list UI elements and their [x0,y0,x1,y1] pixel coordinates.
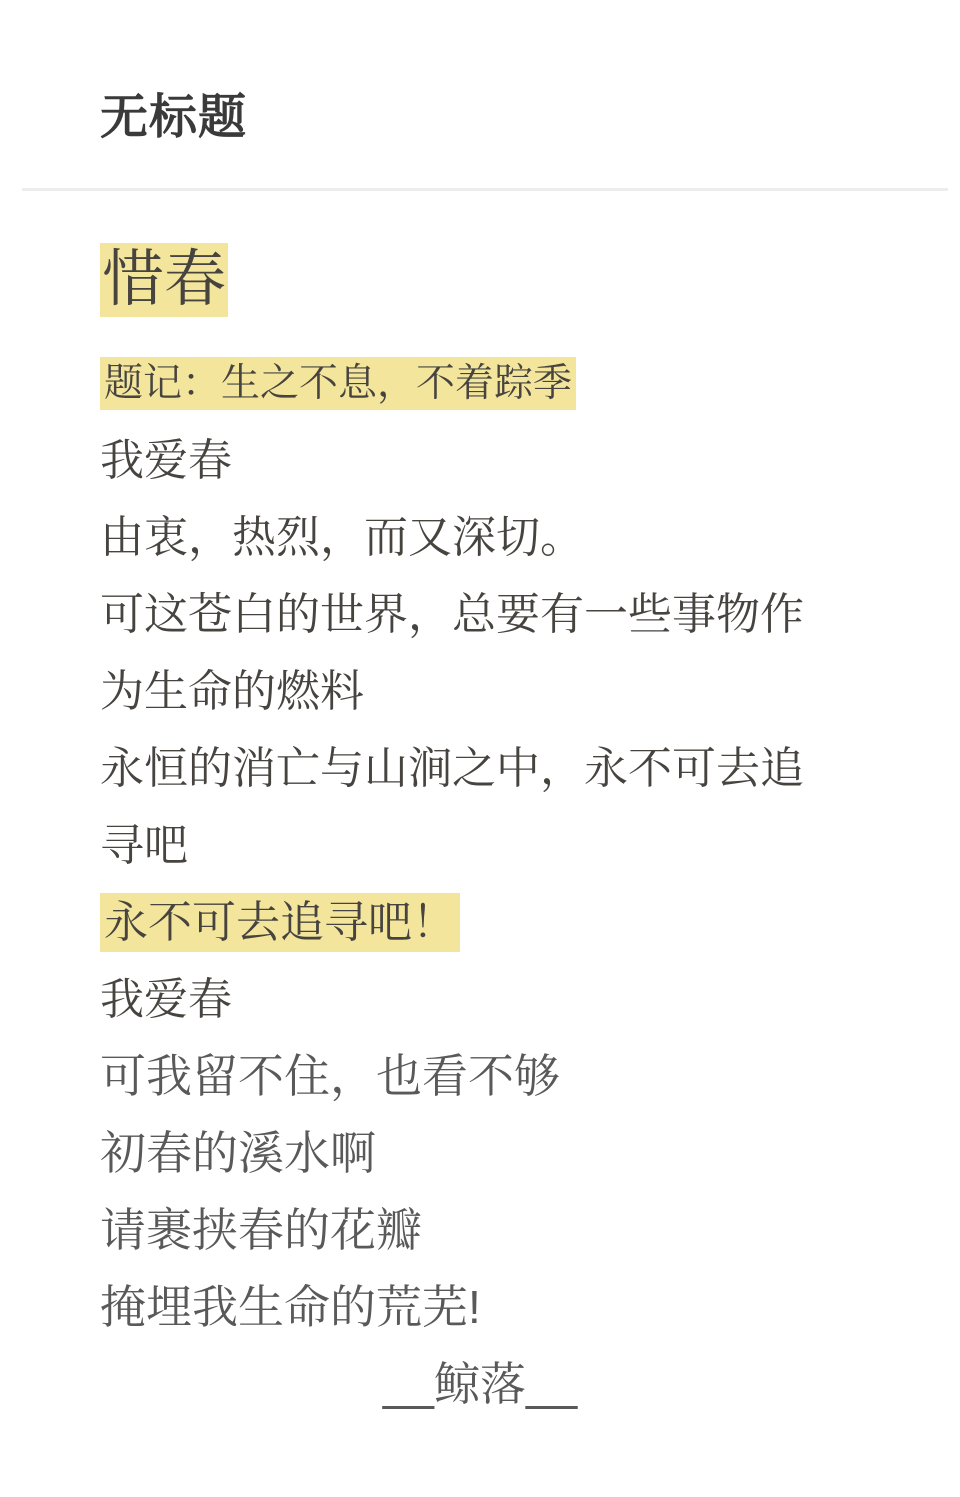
poem-content: 惜春 题记：生之不息，不着踪季 我爱春 由衷，热烈，而又深切。 可这苍白的世界，… [0,243,960,1423]
highlight-mark: 惜春 [100,243,228,317]
doc-title: 无标题 [0,0,960,145]
poem-line: 我爱春 [100,422,860,499]
poem-line-text: 为生命的燃料 [100,667,364,716]
poem-line: 永不可去追寻吧！ [100,884,860,961]
divider [22,188,948,191]
highlight-mark: 题记：生之不息，不着踪季 [100,357,576,410]
poem-line-text: 请裹挟春的花瓣 [100,1204,422,1256]
poem-line-text: 永恒的消亡与山涧之中，永不可去追 [100,744,804,793]
poem-line-text: 掩埋我生命的荒芜! [100,1281,481,1333]
poem-signature-text: __鲸落__ [383,1358,577,1410]
poem-line: 为生命的燃料 [100,653,860,730]
highlight-mark: 永不可去追寻吧！ [100,893,460,952]
poem-line: 我爱春 [100,961,860,1038]
poem-line: 由衷，热烈，而又深切。 [100,499,860,576]
poem-line-text: 可这苍白的世界，总要有一些事物作 [100,590,804,639]
poem-line: 初春的溪水啊 [100,1115,860,1192]
note-page: 无标题 惜春 题记：生之不息，不着踪季 我爱春 由衷，热烈，而又深切。 可这苍白… [0,0,960,1497]
poem-line: 可我留不住，也看不够 [100,1038,860,1115]
poem-line: 永恒的消亡与山涧之中，永不可去追 [100,730,860,807]
poem-line: 寻吧 [100,807,860,884]
poem-line-text: 可我留不住，也看不够 [100,1050,560,1102]
poem-signature: __鲸落__ [100,1346,860,1423]
poem-line: 可这苍白的世界，总要有一些事物作 [100,576,860,653]
poem-line: 掩埋我生命的荒芜! [100,1269,860,1346]
poem-heading: 惜春 [100,243,860,317]
poem-line-text: 由衷，热烈，而又深切。 [100,513,584,562]
poem-line-text: 我爱春 [100,975,232,1024]
poem-line-text: 寻吧 [100,821,188,870]
poem-line-text: 我爱春 [100,436,232,485]
poem-epigraph: 题记：生之不息，不着踪季 [100,345,860,422]
poem-line: 请裹挟春的花瓣 [100,1192,860,1269]
poem-line-text: 初春的溪水啊 [100,1127,376,1179]
